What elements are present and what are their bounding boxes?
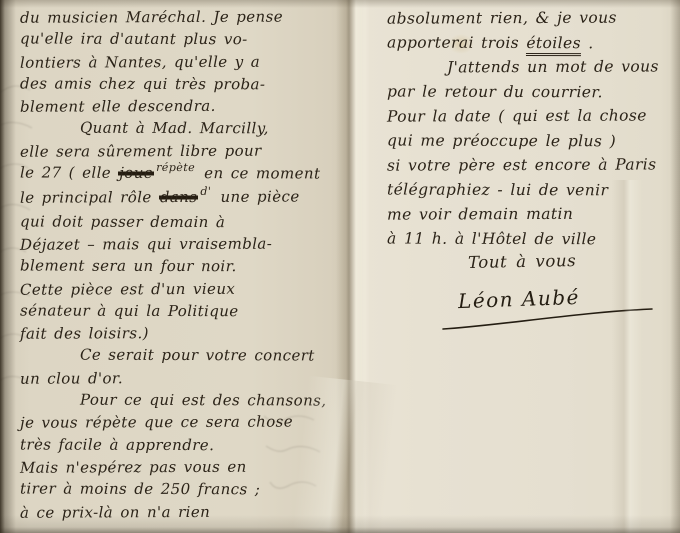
handwriting-line: qu'elle ira d'autant plus vo-: [20, 28, 342, 51]
handwriting-line: fait des loisirs.): [20, 321, 342, 345]
handwriting-text: qui doit passer demain à: [20, 212, 225, 231]
handwriting-line: tirer à moins de 250 francs ;: [20, 478, 342, 501]
handwriting-line: Pour ce qui est des chansons,: [20, 388, 342, 411]
handwriting-line: apporterai trois étoiles .: [387, 30, 675, 56]
handwriting-line: le 27 ( elle jouerépète en ce moment: [20, 162, 342, 187]
signature-block: Léon Aubé: [440, 286, 655, 332]
handwriting-text: blement elle descendra.: [20, 97, 216, 116]
handwriting-line: je vous répète que ce sera chose: [20, 411, 342, 435]
handwriting-line: Mais n'espérez pas vous en: [20, 455, 342, 479]
handwriting-line: lontiers à Nantes, qu'elle y a: [20, 50, 342, 74]
handwriting-text: J'attends un mot de vous: [447, 57, 659, 76]
interlinear-insertion: d': [200, 181, 211, 203]
struck-out-word: joue: [118, 164, 154, 182]
right-page-lines: absolument rien, & je vousapporterai tro…: [387, 6, 675, 251]
handwriting-line: absolument rien, & je vous: [387, 5, 675, 31]
handwriting-text: apporterai trois: [387, 33, 526, 51]
handwriting-line: si votre père est encore à Paris: [387, 152, 675, 178]
handwriting-line: le principal rôle dansd' une pièce: [20, 186, 342, 212]
handwriting-text: me voir demain matin: [387, 205, 573, 224]
underlined-word: étoiles: [526, 33, 581, 55]
handwriting-text: le 27 ( elle: [20, 164, 118, 182]
handwriting-text: fait des loisirs.): [20, 324, 149, 343]
handwriting-text: sénateur à qui la Politique: [20, 301, 239, 320]
interlinear-insertion: répète: [156, 157, 195, 179]
handwriting-line: blement sera un four noir.: [20, 255, 342, 278]
handwriting-text: blement sera un four noir.: [20, 257, 237, 276]
handwriting-text: en ce moment: [197, 164, 320, 182]
handwriting-line: blement elle descendra.: [20, 94, 342, 118]
handwriting-text: lontiers à Nantes, qu'elle y a: [20, 52, 260, 71]
handwriting-text: à ce prix-là on n'a rien: [20, 502, 210, 521]
handwriting-text: qu'elle ira d'autant plus vo-: [20, 30, 248, 49]
handwriting-line: sénateur à qui la Politique: [20, 299, 342, 322]
handwriting-text: .: [581, 34, 594, 52]
handwriting-line: qui me préoccupe le plus ): [387, 128, 675, 154]
handwriting-text: tirer à moins de 250 francs ;: [20, 480, 260, 499]
handwriting-line: Déjazet – mais qui vraisembla-: [20, 232, 342, 256]
handwriting-text: Mais n'espérez pas vous en: [20, 458, 247, 477]
handwriting-text: télégraphiez - lui de venir: [387, 180, 608, 199]
handwriting-text: elle sera sûrement libre pour: [20, 141, 262, 160]
handwriting-text: je vous répète que ce sera chose: [20, 413, 293, 432]
handwriting-text: très facile à apprendre.: [20, 435, 214, 454]
handwriting-text: absolument rien, & je vous: [387, 9, 617, 28]
handwriting-text: qui me préoccupe le plus ): [387, 131, 616, 150]
handwriting-text: Pour ce qui est des chansons,: [80, 391, 326, 410]
handwriting-text: par le retour du courrier.: [387, 82, 603, 101]
left-page-lines: du musicien Maréchal. Je pensequ'elle ir…: [20, 6, 342, 523]
handwriting-line: me voir demain matin: [387, 201, 675, 227]
handwriting-text: Cette pièce est d'un vieux: [20, 279, 235, 298]
handwriting-line: Ce serait pour votre concert: [20, 344, 342, 367]
handwriting-text: Quant à Mad. Marcilly,: [80, 119, 269, 138]
handwriting-text: à 11 h. à l'Hôtel de ville: [387, 229, 596, 248]
handwriting-line: Cette pièce est d'un vieux: [20, 277, 342, 301]
handwriting-line: J'attends un mot de vous: [387, 54, 675, 80]
handwriting-text: un clou d'or.: [20, 369, 123, 387]
handwriting-line: très facile à apprendre.: [20, 433, 342, 456]
handwriting-line: à 11 h. à l'Hôtel de ville: [387, 226, 675, 252]
handwriting-text: Déjazet – mais qui vraisembla-: [20, 235, 272, 254]
handwriting-text: si votre père est encore à Paris: [387, 155, 657, 174]
handwriting-line: télégraphiez - lui de venir: [387, 177, 675, 203]
handwriting-line: par le retour du courrier.: [387, 79, 675, 105]
handwriting-text: du musicien Maréchal. Je pense: [20, 8, 283, 27]
struck-out-word: dans: [159, 188, 199, 206]
letter-scan: du musicien Maréchal. Je pensequ'elle ir…: [0, 0, 680, 533]
handwriting-text: le principal rôle: [20, 188, 159, 207]
handwriting-line: du musicien Maréchal. Je pense: [20, 5, 342, 29]
handwriting-line: des amis chez qui très proba-: [20, 72, 342, 95]
handwriting-text: Ce serait pour votre concert: [80, 346, 315, 365]
handwriting-text: une pièce: [213, 188, 299, 206]
handwriting-line: qui doit passer demain à: [20, 210, 342, 233]
handwriting-text: Pour la date ( qui est la chose: [387, 106, 647, 125]
handwriting-line: Pour la date ( qui est la chose: [387, 103, 675, 129]
handwriting-line: Quant à Mad. Marcilly,: [20, 117, 342, 140]
handwriting-text: des amis chez qui très proba-: [20, 74, 265, 93]
handwriting-line: un clou d'or.: [20, 366, 342, 390]
handwriting-line: à ce prix-là on n'a rien: [20, 500, 342, 524]
closing-valediction: Tout à vous: [468, 251, 577, 272]
